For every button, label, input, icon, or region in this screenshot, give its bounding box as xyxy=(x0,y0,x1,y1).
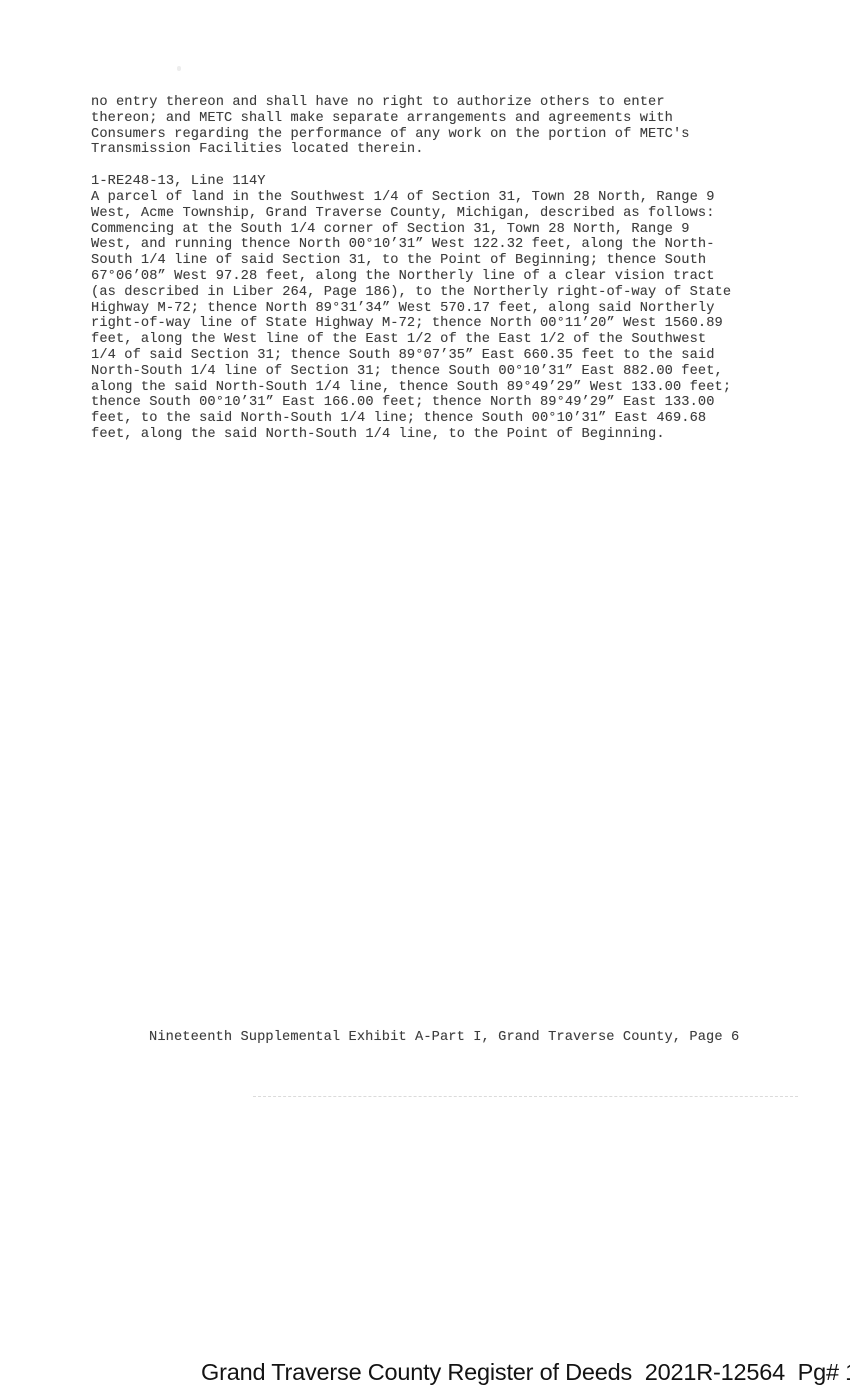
intro-paragraph: no entry thereon and shall have no right… xyxy=(91,95,690,158)
parcel-heading: 1-RE248-13, Line 114Y xyxy=(91,174,266,190)
recorder-stamp-footer: Grand Traverse County Register of Deeds … xyxy=(201,1359,850,1385)
scan-artifact-speck xyxy=(177,66,181,71)
legal-description-paragraph: A parcel of land in the Southwest 1/4 of… xyxy=(91,190,731,443)
scanned-document-page: no entry thereon and shall have no right… xyxy=(0,0,850,1400)
scan-artifact-line xyxy=(253,1096,798,1097)
exhibit-footer-line: Nineteenth Supplemental Exhibit A-Part I… xyxy=(149,1030,739,1046)
